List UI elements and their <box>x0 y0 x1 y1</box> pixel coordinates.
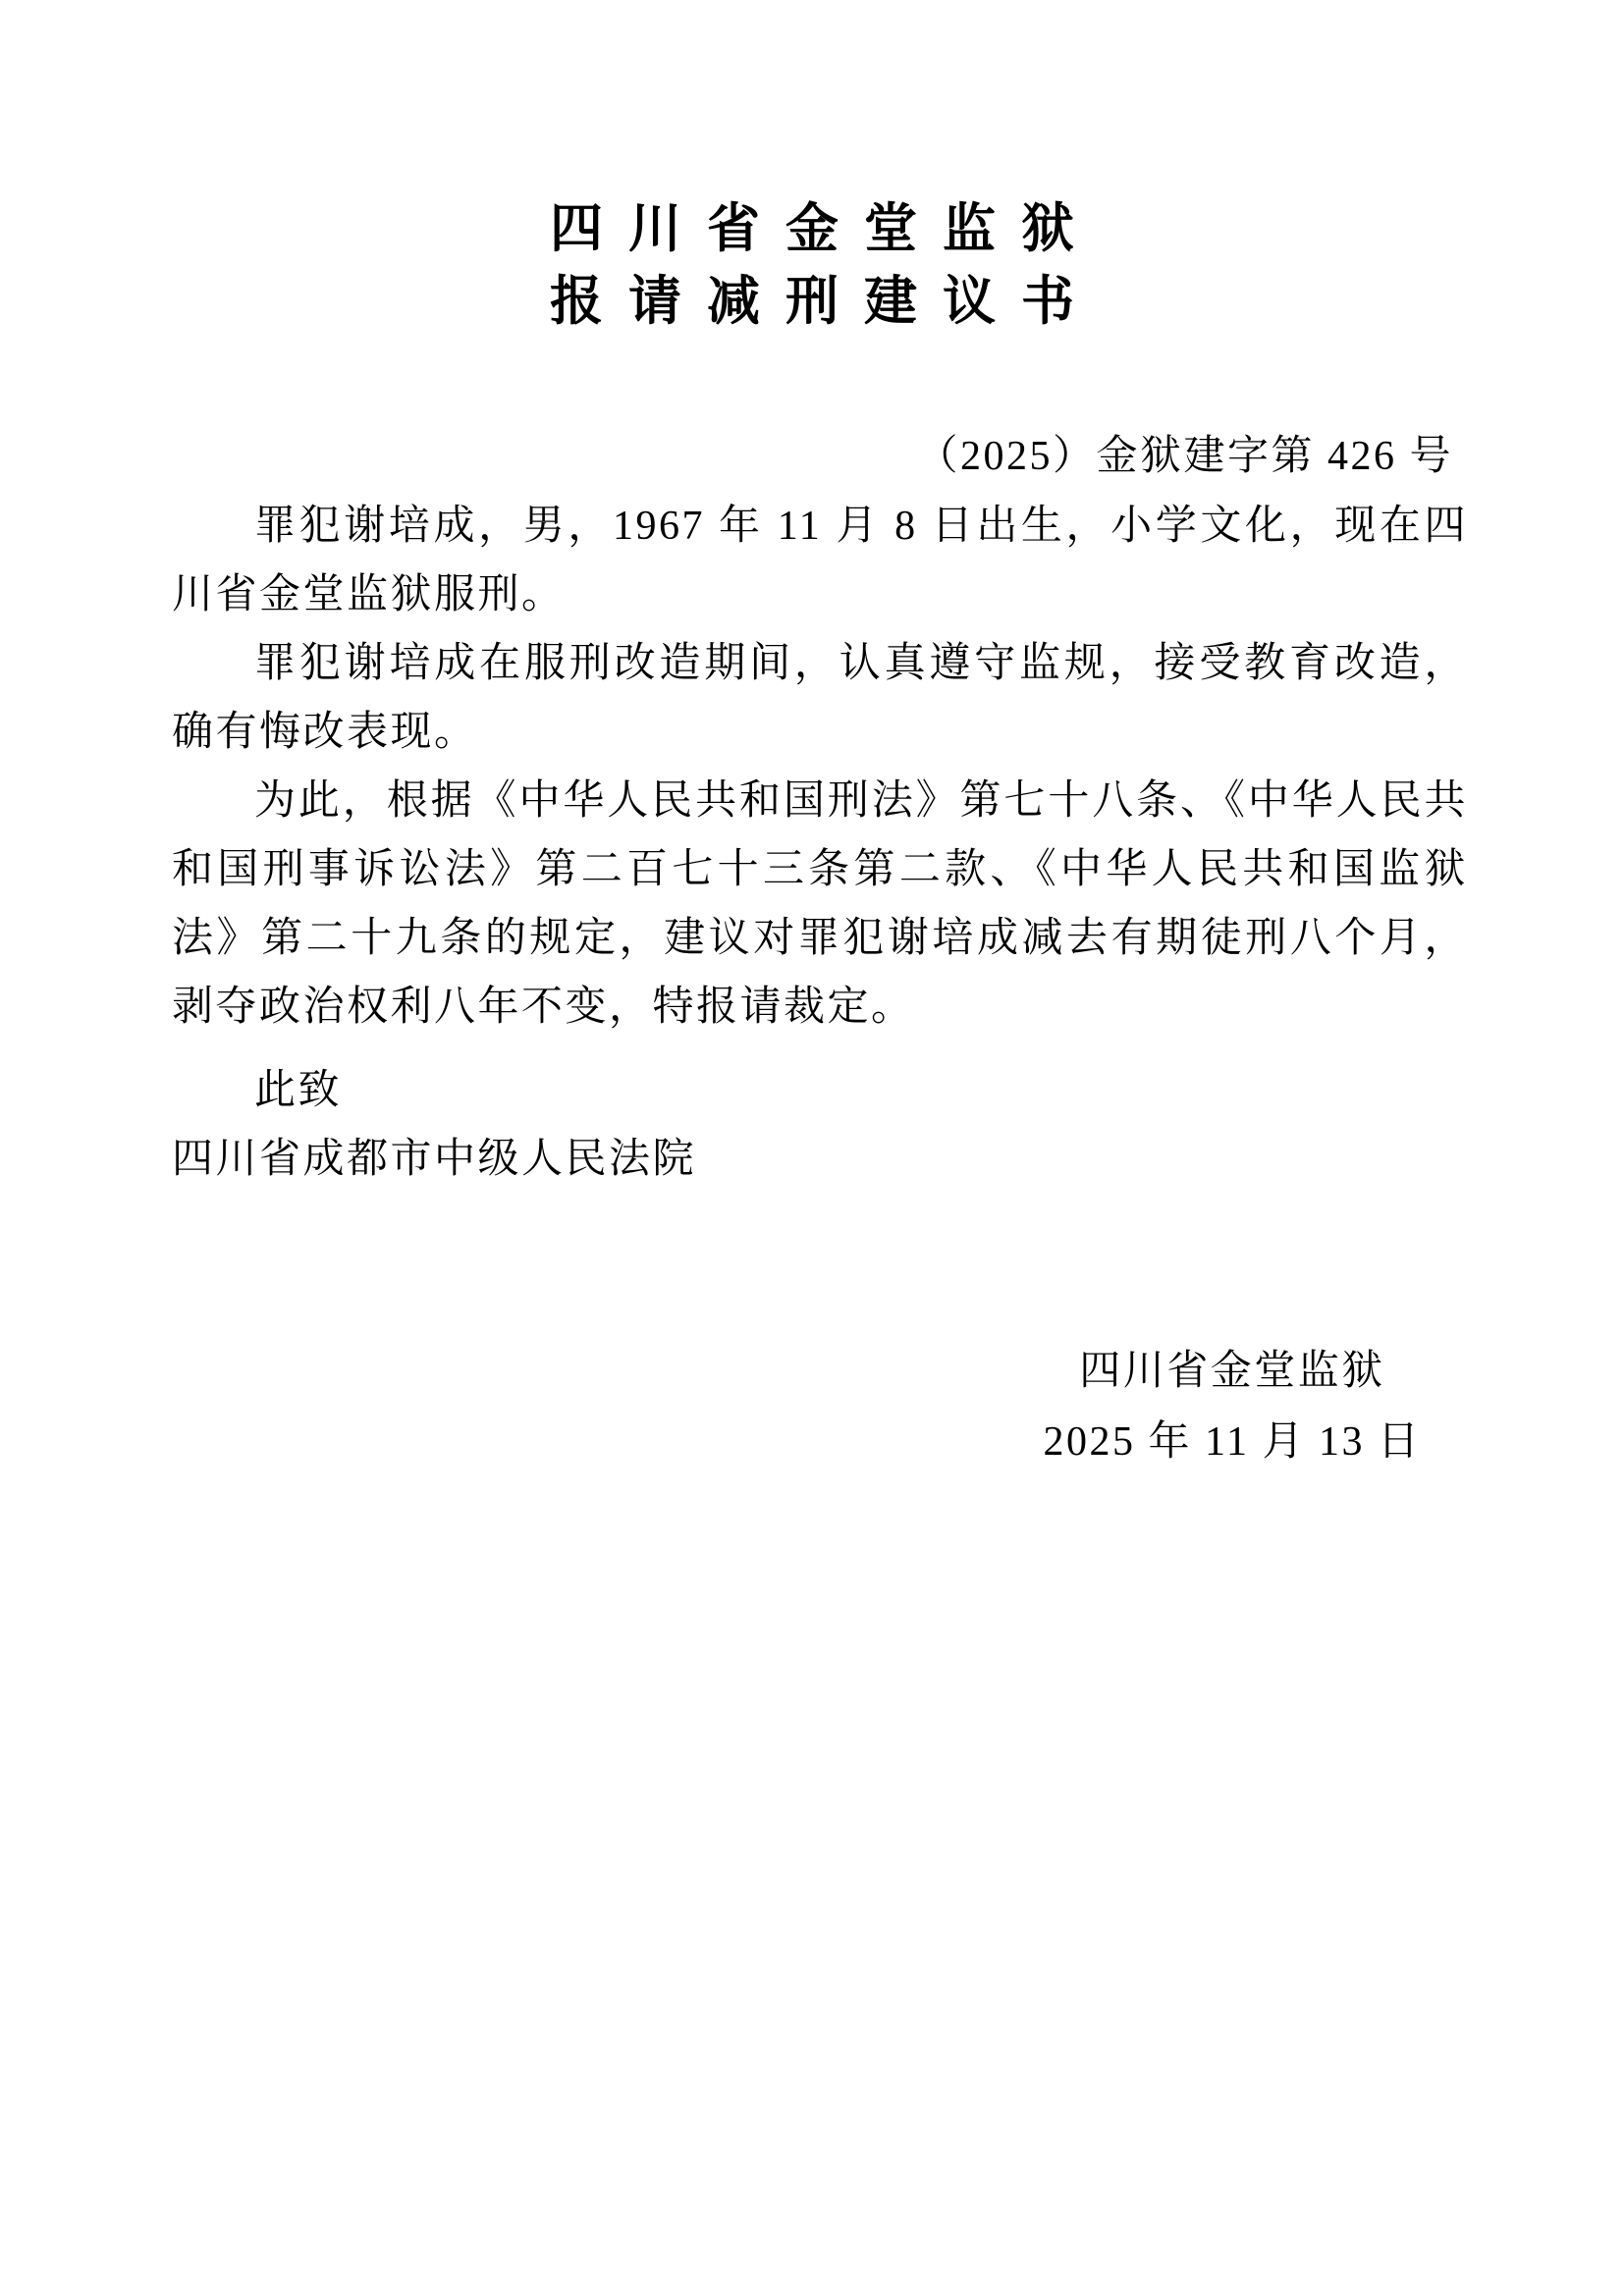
closing-addressee: 四川省成都市中级人民法院 <box>172 1125 1468 1194</box>
paragraph-conduct: 罪犯谢培成在服刑改造期间，认真遵守监规，接受教育改造，确有悔改表现。 <box>172 629 1468 767</box>
signature-organization: 四川省金堂监狱 <box>1036 1336 1429 1407</box>
body-paragraphs: 罪犯谢培成，男，1967 年 11 月 8 日出生，小学文化，现在四川省金堂监狱… <box>172 492 1468 1041</box>
document-page: 四川省金堂监狱 报请减刑建议书 （2025）金狱建字第 426 号 罪犯谢培成，… <box>0 0 1624 2296</box>
paragraph-offender-info: 罪犯谢培成，男，1967 年 11 月 8 日出生，小学文化，现在四川省金堂监狱… <box>172 492 1468 629</box>
title-line-2: 报请减刑建议书 <box>26 265 1624 338</box>
signature-date: 2025 年 11 月 13 日 <box>1036 1407 1429 1477</box>
paragraph-legal-basis: 为此，根据《中华人民共和国刑法》第七十八条、《中华人民共和国刑事诉讼法》第二百七… <box>172 767 1468 1041</box>
document-title: 四川省金堂监狱 报请减刑建议书 <box>0 192 1624 338</box>
signature-block: 四川省金堂监狱 2025 年 11 月 13 日 <box>1036 1336 1429 1477</box>
title-line-1: 四川省金堂监狱 <box>26 192 1624 265</box>
closing-block: 此致 四川省成都市中级人民法院 <box>172 1056 1468 1194</box>
document-content: （2025）金狱建字第 426 号 罪犯谢培成，男，1967 年 11 月 8 … <box>172 422 1468 1477</box>
document-number: （2025）金狱建字第 426 号 <box>172 422 1468 491</box>
closing-salute: 此致 <box>172 1056 1468 1125</box>
